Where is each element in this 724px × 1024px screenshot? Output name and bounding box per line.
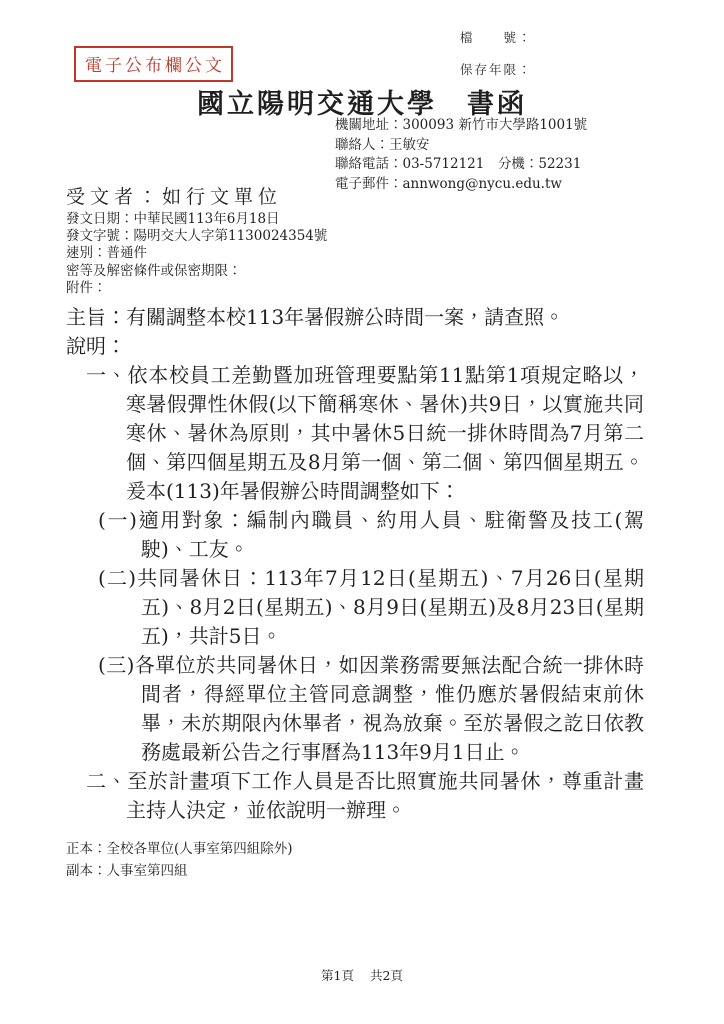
- speed-value: 普通件: [107, 245, 148, 261]
- dispatch-meta-block: 發文日期：中華民國113年6月18日 發文字號：陽明交大人字第113002435…: [66, 211, 327, 297]
- security-line: 密等及解密條件或保密期限：: [66, 263, 327, 280]
- agency-ext-label: 分機：: [498, 156, 539, 172]
- explanation-subitem: (二)共同暑休日：113年7月12日(星期五)、7月26日(星期五)、8月2日(…: [66, 564, 644, 651]
- dispatch-date-label: 發文日期：: [66, 211, 134, 227]
- agency-phone-value: 03-5712121: [403, 156, 485, 172]
- dispatch-number-line: 發文字號：陽明交大人字第1130024354號: [66, 228, 327, 245]
- page-total: 共2頁: [370, 968, 403, 983]
- primary-recipient-label: 正本：: [66, 841, 107, 857]
- distribution-block: 正本：全校各單位(人事室第四組除外) 副本：人事室第四組: [66, 838, 293, 882]
- speed-line: 速別：普通件: [66, 245, 327, 262]
- agency-address-line: 機關地址：300093 新竹市大學路1001號: [335, 116, 587, 136]
- agency-phone-label: 聯絡電話：: [335, 156, 403, 172]
- agency-address-value: 300093 新竹市大學路1001號: [403, 117, 588, 133]
- agency-contact-label: 聯絡人：: [335, 137, 389, 153]
- attachment-label: 附件：: [66, 280, 107, 296]
- recipient-label: 受文者：: [66, 186, 162, 208]
- document-page: 電子公布欄公文 檔 號： 保存年限： 國立陽明交通大學 書函 機關地址：3000…: [0, 0, 724, 1024]
- primary-recipient-line: 正本：全校各單位(人事室第四組除外): [66, 838, 293, 860]
- retention-period-label: 保存年限：: [460, 60, 533, 78]
- page-number: 第1頁: [321, 968, 354, 983]
- agency-email-line: 電子郵件：annwong@nycu.edu.tw: [335, 175, 587, 195]
- agency-address-label: 機關地址：: [335, 117, 403, 133]
- primary-recipient-value: 全校各單位(人事室第四組除外): [107, 841, 293, 857]
- explanation-subitem: (三)各單位於共同暑休日，如因業務需要無法配合統一排休時間者，得經單位主管同意調…: [66, 651, 644, 767]
- agency-email-label: 電子郵件：: [335, 176, 403, 192]
- agency-contact-value: 王敏安: [389, 137, 430, 153]
- explanation-item: 二、至於計畫項下工作人員是否比照實施共同暑休，尊重計畫主持人決定，並依說明一辦理…: [66, 767, 644, 825]
- document-body: 主旨：有關調整本校113年暑假辦公時間一案，請查照。 說明： 一、依本校員工差勤…: [66, 303, 644, 825]
- explanation-subitem: (一)適用對象：編制內職員、約用人員、駐衛警及技工(駕駛)、工友。: [66, 506, 644, 564]
- agency-info-block: 機關地址：300093 新竹市大學路1001號 聯絡人：王敏安 聯絡電話：03-…: [335, 116, 587, 194]
- page-footer: 第1頁共2頁: [0, 966, 724, 984]
- subject-value: 有關調整本校113年暑假辦公時間一案，請查照。: [126, 305, 564, 329]
- copy-recipient-line: 副本：人事室第四組: [66, 860, 293, 882]
- security-label: 密等及解密條件或保密期限：: [66, 263, 242, 279]
- explanation-label: 說明：: [66, 332, 644, 361]
- copy-recipient-label: 副本：: [66, 863, 107, 879]
- subject-line: 主旨：有關調整本校113年暑假辦公時間一案，請查照。: [66, 303, 644, 332]
- agency-email-value: annwong@nycu.edu.tw: [403, 176, 562, 192]
- file-number-label: 檔 號：: [460, 28, 533, 46]
- explanation-item: 一、依本校員工差勤暨加班管理要點第11點第1項規定略以，寒暑假彈性休假(以下簡稱…: [66, 361, 644, 506]
- recipient-value: 如行文單位: [162, 186, 282, 208]
- recipient-line: 受文者：如行文單位: [66, 182, 282, 209]
- agency-phone-line: 聯絡電話：03-5712121 分機：52231: [335, 155, 587, 175]
- electronic-bulletin-stamp: 電子公布欄公文: [74, 46, 233, 82]
- subject-label: 主旨：: [66, 305, 126, 329]
- dispatch-number-label: 發文字號：: [66, 228, 134, 244]
- copy-recipient-value: 人事室第四組: [107, 863, 188, 879]
- dispatch-date-value: 中華民國113年6月18日: [134, 211, 280, 227]
- agency-ext-value: 52231: [538, 156, 581, 172]
- dispatch-date-line: 發文日期：中華民國113年6月18日: [66, 211, 327, 228]
- dispatch-number-value: 陽明交大人字第1130024354號: [134, 228, 328, 244]
- agency-contact-line: 聯絡人：王敏安: [335, 136, 587, 156]
- attachment-line: 附件：: [66, 280, 327, 297]
- speed-label: 速別：: [66, 245, 107, 261]
